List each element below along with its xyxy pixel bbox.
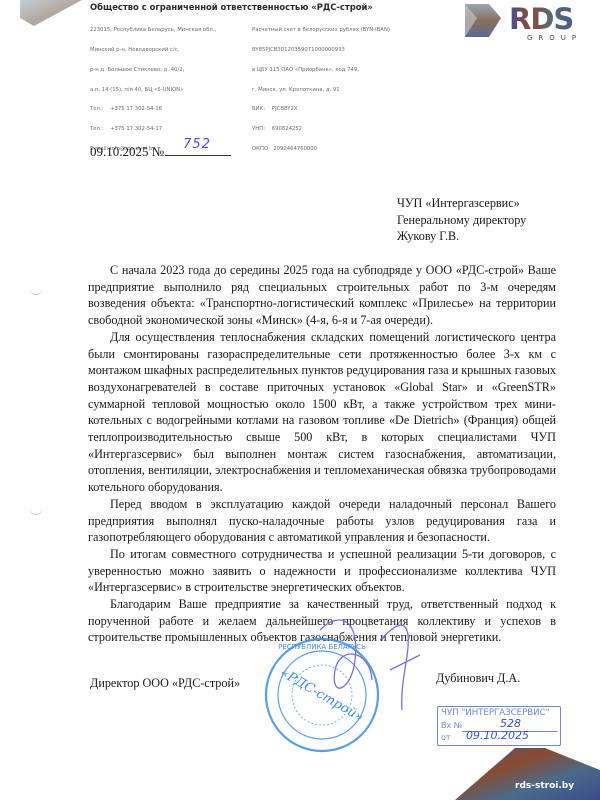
footer-website: rds-stroi.by <box>515 781 574 791</box>
signatory-name: Дубинович Д.А. <box>436 671 520 686</box>
addressee-org: ЧУП «Интергазсервис» <box>397 195 526 212</box>
address-line: а.п. 14 (15), п/я 40, БЦ «5-UNION» <box>90 87 216 94</box>
logo-corner-graphic <box>0 0 90 30</box>
rds-group-logo: RDS GROUP <box>463 4 598 44</box>
body-paragraph: Для осуществления теплоснабжения складск… <box>88 329 556 496</box>
phone-line: Тел.: +375 17 302-54-17 <box>90 126 216 133</box>
letter-number-field: 752 <box>165 143 231 156</box>
incoming-date-label: от <box>441 733 451 742</box>
incoming-registration-stamp: ЧУП "ИНТЕРГАЗСЕРВИС" Вх № 528 от 09.10.2… <box>437 706 561 746</box>
body-paragraph: По итогам совместного сотрудничества и у… <box>88 546 556 596</box>
footer-corner-graphic <box>455 748 600 800</box>
addressee-block: ЧУП «Интергазсервис» Генеральному директ… <box>397 195 526 245</box>
bank-line: BY85PJCB30120359071000000933 <box>252 47 390 54</box>
bank-details: Расчетный счет в белорусских рублях (BYN… <box>252 14 390 159</box>
address-line: р-н д. Большое Стиклево, д. 40/2, <box>90 67 216 74</box>
logo-text: RDS <box>509 2 573 36</box>
bank-line: БИК: PJCBBY2X <box>252 106 390 113</box>
incoming-stamp-title: ЧУП "ИНТЕРГАЗСЕРВИС" <box>441 708 550 718</box>
bank-line: УНП: 690824252 <box>252 126 390 133</box>
letter-number-handwritten: 752 <box>183 137 211 152</box>
address-line: 223015, Республика Беларусь, Минская обл… <box>90 27 216 34</box>
body-paragraph: С начала 2023 года до середины 2025 года… <box>88 262 556 329</box>
incoming-number-label: Вх № <box>441 721 462 730</box>
bank-line: ОКПО: 2092464760000 <box>252 146 390 153</box>
bank-line: г. Минск, ул. Кропоткина, д. 91 <box>252 87 390 94</box>
punch-hole-mark <box>30 502 42 515</box>
body-paragraph: Перед вводом в эксплуатацию каждой очере… <box>88 496 556 546</box>
logo-subtext: GROUP <box>527 34 582 42</box>
addressee-name: Жукову Г.В. <box>397 228 526 245</box>
phone-line: Тел.: +375 17 302-54-16 <box>90 106 216 113</box>
letter-body: С начала 2023 года до середины 2025 года… <box>88 262 556 646</box>
incoming-date-value: 09.10.2025 <box>466 729 529 742</box>
bank-line: в ЦБУ 115 ОАО «Приорбанк», код 749, <box>252 67 390 74</box>
handwritten-signature <box>310 610 430 720</box>
bank-line: Расчетный счет в белорусских рублях (BYN… <box>252 27 390 34</box>
company-name: Общество с ограниченной ответственностью… <box>90 2 373 12</box>
addressee-position: Генеральному директору <box>397 212 526 229</box>
letter-date: 09.10.2025 № <box>90 144 164 159</box>
letter-date-number: 09.10.2025 №752 <box>90 143 231 160</box>
address-line: Минский р-н, Новодворский с/с, <box>90 47 216 54</box>
signatory-position: Директор ООО «РДС-строй» <box>90 676 240 691</box>
logo-cube-icon <box>463 4 503 40</box>
punch-hole-mark <box>30 282 42 295</box>
